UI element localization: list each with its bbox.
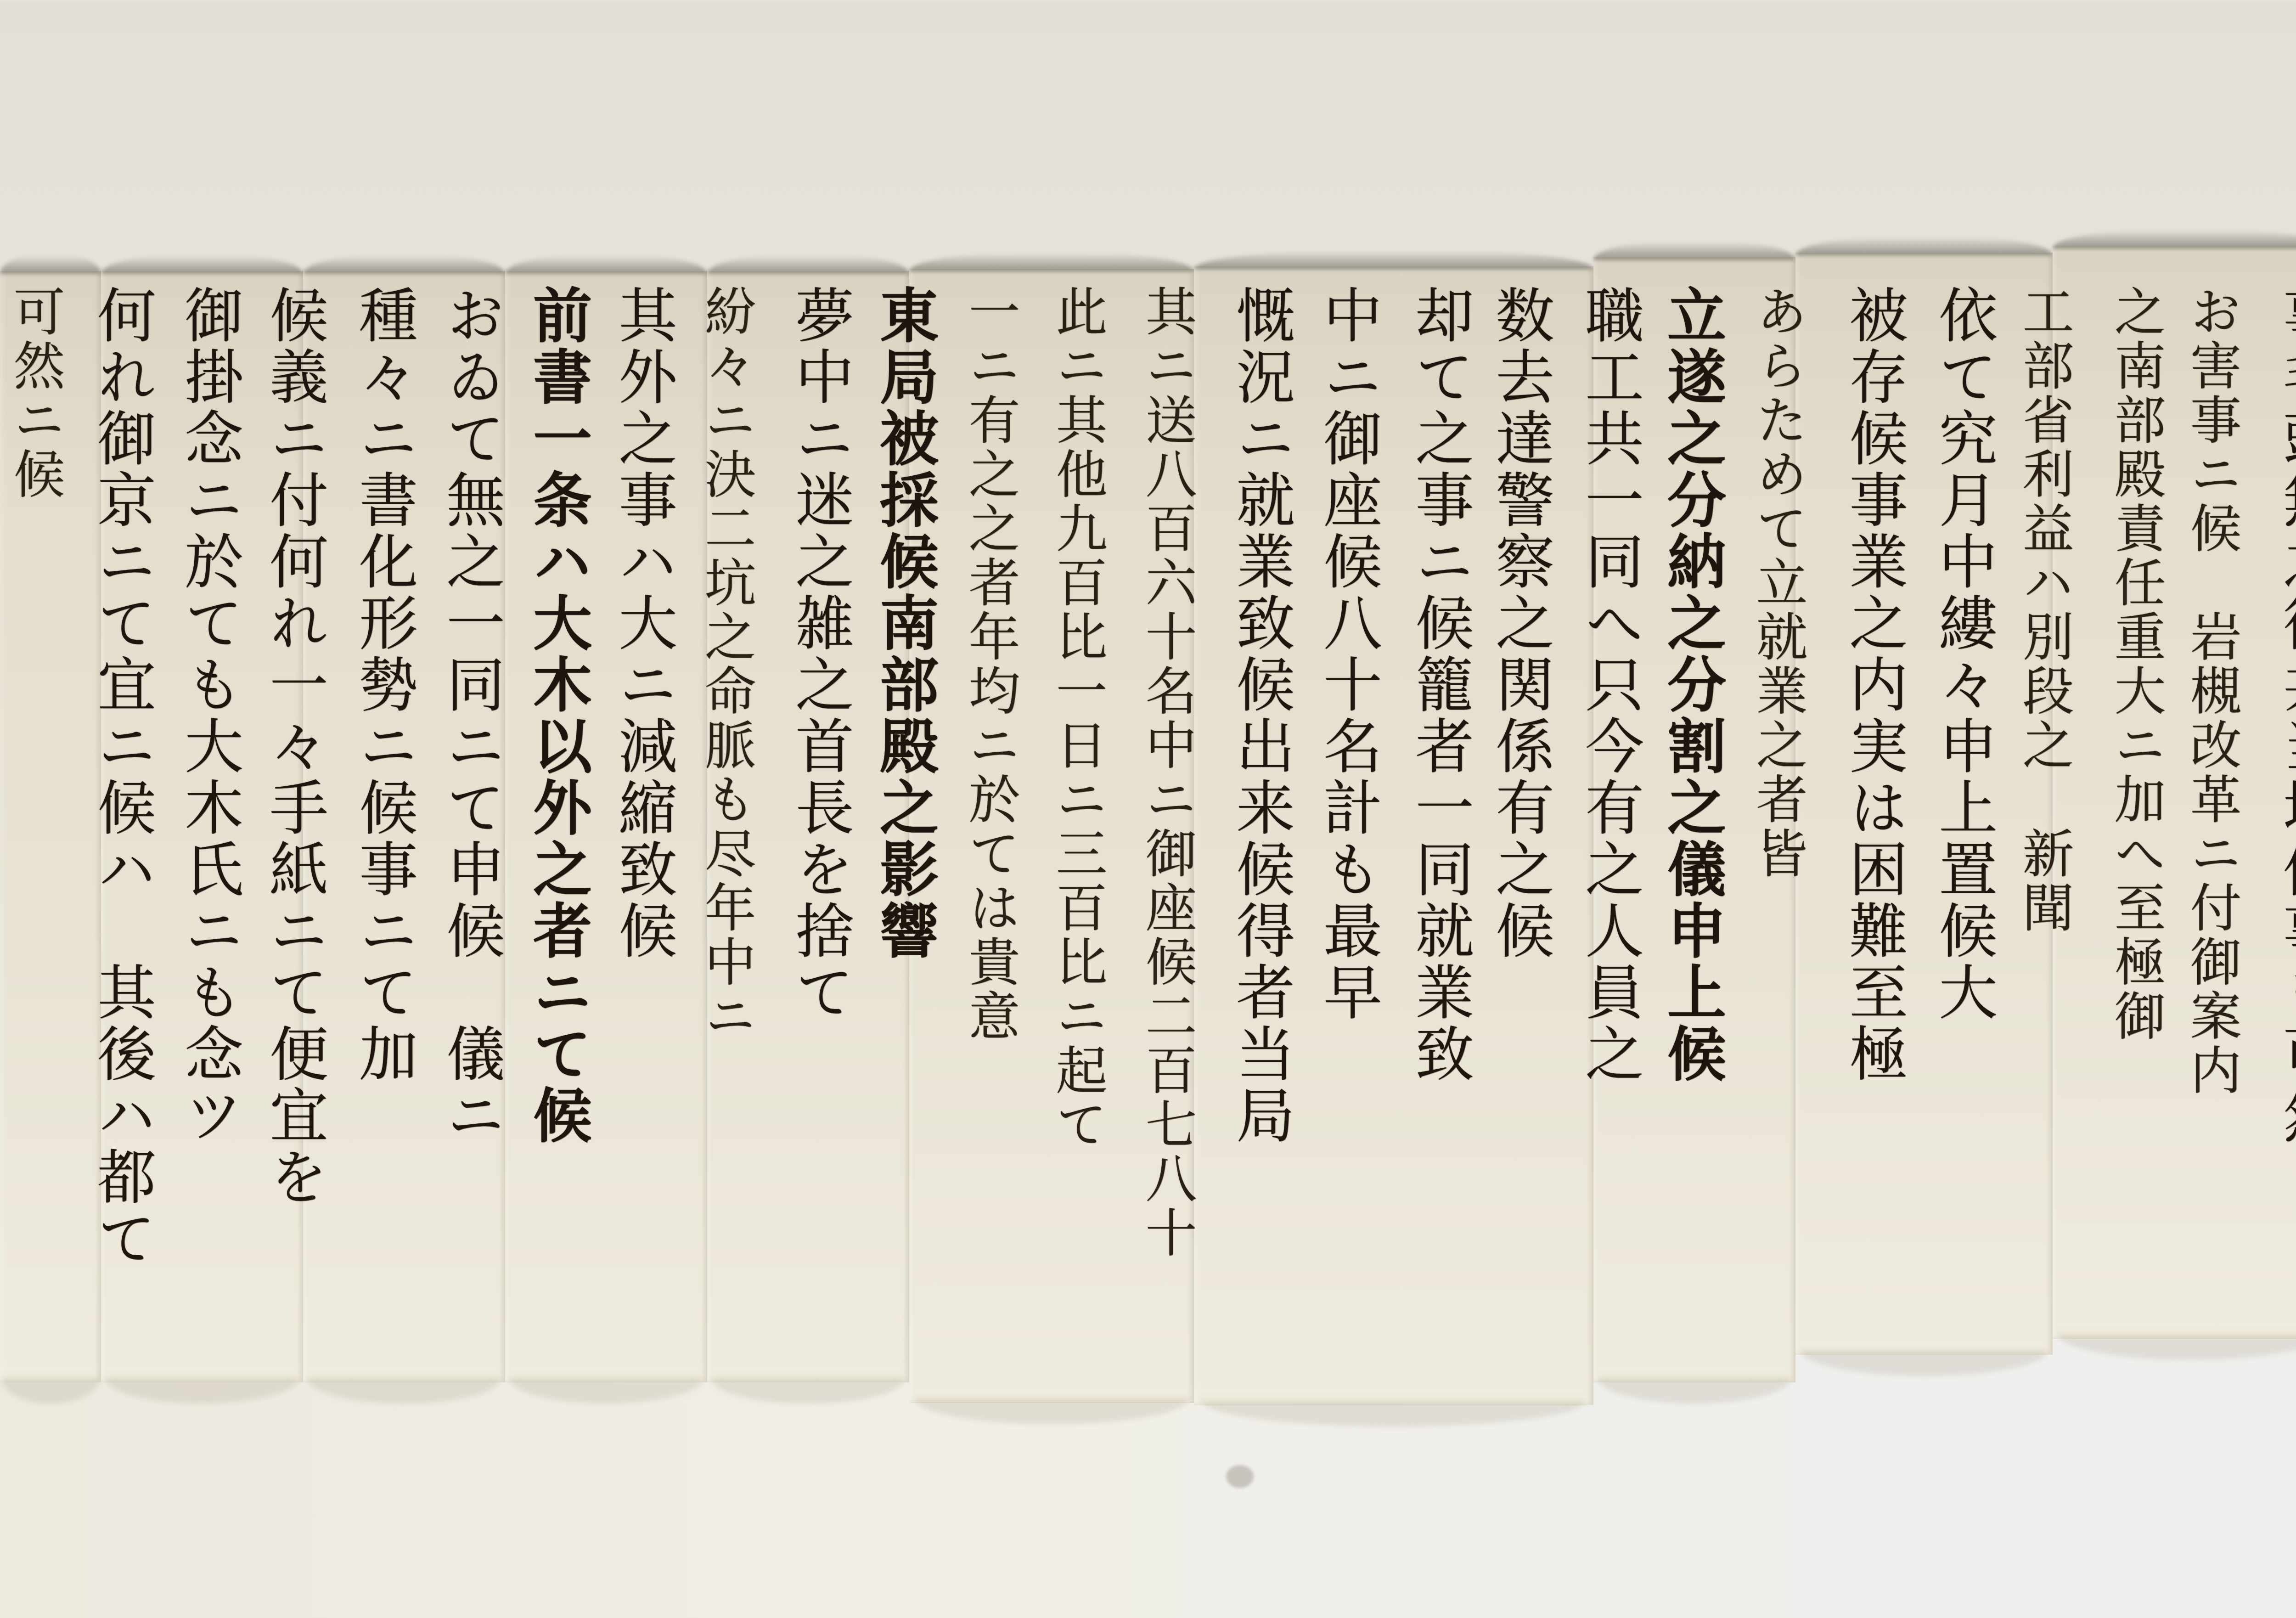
text-column-16: 却て之事ニ候籠者一同就業致	[1410, 285, 1469, 1085]
text-column-12: あらためて立就業之者皆	[1752, 285, 1803, 881]
text-column-28: 種々ニ書化形勢ニ候事ニて加	[354, 285, 412, 1085]
text-column-31: 何れ御京ニて宜ニ候ハ 其後ハ都て	[92, 285, 151, 1269]
text-column-23: 夢中ニ迷之雑之首長を捨て	[790, 285, 849, 1023]
text-column-27: おゐて無之一同ニて申候 儀ニ	[441, 285, 500, 1146]
text-column-25: 其外之事ハ大ニ減縮致候	[613, 285, 672, 962]
text-column-26: 前書一条ハ大木以外之者ニて候	[528, 285, 587, 1146]
text-column-14: 職工共一同へ只今有之人員之	[1580, 285, 1638, 1085]
text-column-22: 東局被採候南部殿之影響	[875, 285, 934, 962]
text-column-19: 其ニ送八百六十名中ニ御座候二百七八十	[1141, 285, 1193, 1260]
text-column-7: お害事ニ候 岩槻改革ニ付御案内	[2186, 285, 2237, 1098]
text-column-24: 紛々ニ決二坑之命脈も尽年中ニ	[700, 285, 752, 1043]
text-column-29: 候義ニ付何れ一々手紙ニて便宜を	[264, 285, 323, 1208]
text-column-8: 之南部殿責任重大ニ加へ至極御	[2110, 285, 2161, 1043]
text-column-30: 御掛念ニ於ても大木氏ニも念ツ	[179, 285, 238, 1146]
text-column-20: 此ニ其他九百比一日ニ三百比ニ起て	[1052, 285, 1103, 1152]
text-column-11: 被存候事業之内実は困難至極	[1844, 285, 1902, 1085]
text-column-17: 中ニ御座候八十名計も最早	[1318, 285, 1377, 1023]
scroll-photograph: 啓上仕候 益先以て 尊書拝誦益御清福奉賀候 然ハ当地未曾有之当地方社会一同 種々…	[0, 0, 2296, 1618]
text-column-9: 工部省利益ハ別段之 新聞	[2018, 285, 2070, 935]
text-column-32: 可然ニ候	[9, 285, 61, 502]
text-column-13: 立遂之分納之分割之儀申上候	[1662, 285, 1721, 1085]
dust-spot	[1226, 1465, 1254, 1488]
text-column-18: 慨況ニ就業致候出来候得者当局	[1231, 285, 1289, 1146]
text-column-10: 依て究月中縷々申上置候大	[1933, 285, 1992, 1023]
text-column-6: 事毛頭無之得共当地何事も可然	[2278, 285, 2296, 1146]
text-columns: 啓上仕候 益先以て 尊書拝誦益御清福奉賀候 然ハ当地未曾有之当地方社会一同 種々…	[0, 285, 2296, 1341]
text-column-15: 数去達警察之関係有之候	[1490, 285, 1549, 962]
text-column-21: 一ニ有之之者年均ニ於ては貴意	[964, 285, 1016, 1043]
